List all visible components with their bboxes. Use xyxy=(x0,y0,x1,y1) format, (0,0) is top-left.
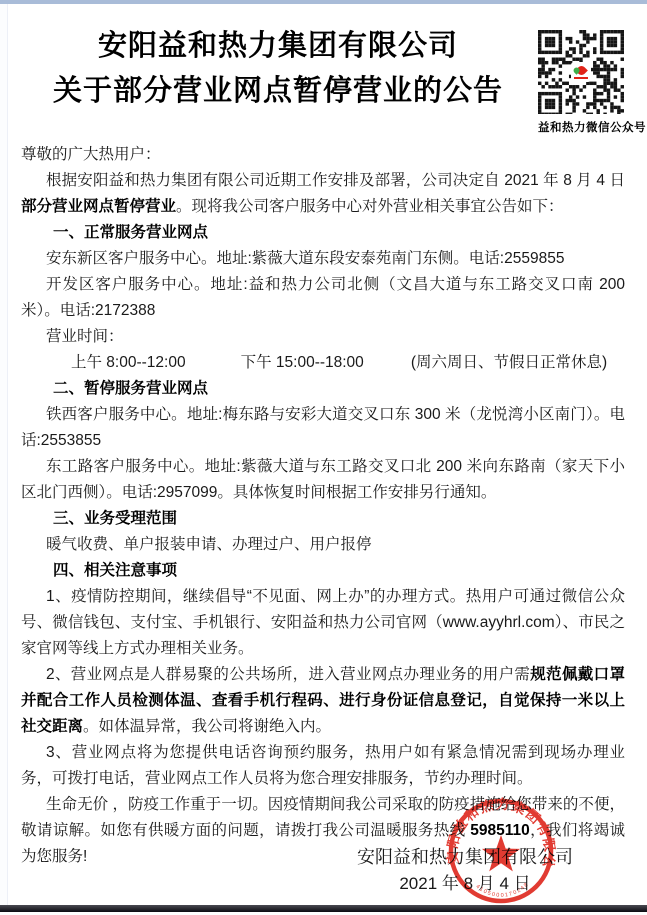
hotline-number: 5985110 xyxy=(470,822,530,839)
document-title: 安阳益和热力集团有限公司 关于部分营业网点暂停营业的公告 xyxy=(0,24,556,114)
section2-center-tiexi: 铁西客户服务中心。地址:梅东路与安彩大道交叉口东 300 米（龙悦湾小区南门）。… xyxy=(21,402,625,454)
note1-paragraph: 1、疫情防控期间，继续倡导“不见面、网上办”的办理方式。热用户可通过微信公众号、… xyxy=(21,584,625,662)
wechat-qr-block: 益和热力微信公众号 xyxy=(538,30,626,135)
qr-caption: 益和热力微信公众号 xyxy=(538,119,626,135)
signature-block: 安阳益和热力集团有限公司 2021 年 8 月 4 日 xyxy=(325,844,605,897)
section2-heading: 二、暂停服务营业网点 xyxy=(21,376,625,402)
business-hours-label: 营业时间： xyxy=(21,324,625,350)
section1-heading: 一、正常服务营业网点 xyxy=(21,220,625,246)
intro-bold-text: 部分营业网点暂停营业 xyxy=(21,198,176,215)
page-left-edge xyxy=(0,4,8,905)
signature-company: 安阳益和热力集团有限公司 xyxy=(325,844,605,870)
section1-center-kaifaqu: 开发区客户服务中心。地址:益和热力公司北侧（文昌大道与东工路交叉口南 200 米… xyxy=(21,272,625,324)
qr-code xyxy=(538,30,624,114)
signature-date: 2021 年 8 月 4 日 xyxy=(325,871,605,897)
intro-text-post: 。现将我公司客户服务中心对外营业相关事宜公告如下： xyxy=(176,198,564,215)
qr-center-logo-icon xyxy=(571,62,591,82)
title-line-1: 安阳益和热力集团有限公司 xyxy=(0,24,556,69)
hours-am: 上午 8:00--12:00 xyxy=(46,350,186,376)
hours-pm: 下午 15:00--18:00 xyxy=(216,350,364,376)
flame-icon xyxy=(575,64,588,77)
intro-paragraph: 根据安阳益和热力集团有限公司近期工作安排及部署，公司决定自 2021 年 8 月… xyxy=(21,168,625,220)
note2-paragraph: 2、营业网点是人群易聚的公共场所，进入营业网点办理业务的用户需规范佩戴口罩并配合… xyxy=(21,662,625,740)
section3-services: 暖气收费、单户报装申请、办理过户、用户报停 xyxy=(21,532,625,558)
section1-center-andong: 安东新区客户服务中心。地址:紫薇大道东段安泰苑南门东侧。电话:2559855 xyxy=(21,246,625,272)
document-body: 尊敬的广大热用户： 根据安阳益和热力集团有限公司近期工作安排及部署，公司决定自 … xyxy=(21,142,625,870)
page-top-border xyxy=(0,0,647,4)
note3-paragraph: 3、营业网点将为您提供电话咨询预约服务，热用户如有紧急情况需到现场办理业务，可拨… xyxy=(21,740,625,792)
hours-note: (周六周日、节假日正常休息) xyxy=(386,350,607,376)
section2-center-donggonglu: 东工路客户服务中心。地址:紫薇大道与东工路交叉口北 200 米向东路南（家天下小… xyxy=(21,454,625,506)
title-line-2: 关于部分营业网点暂停营业的公告 xyxy=(0,69,556,114)
note2-text-post: 。如体温异常，我公司将谢绝入内。 xyxy=(83,718,331,735)
page-bottom-border xyxy=(0,905,647,912)
section4-heading: 四、相关注意事项 xyxy=(21,558,625,584)
section3-heading: 三、业务受理范围 xyxy=(21,506,625,532)
salutation: 尊敬的广大热用户： xyxy=(21,142,625,168)
note2-text: 2、营业网点是人群易聚的公共场所，进入营业网点办理业务的用户需 xyxy=(46,666,530,683)
intro-text: 根据安阳益和热力集团有限公司近期工作安排及部署，公司决定自 2021 年 8 月… xyxy=(46,172,625,189)
qr-logo-caption xyxy=(574,77,588,79)
business-hours-line: 上午 8:00--12:00下午 15:00--18:00(周六周日、节假日正常… xyxy=(21,350,625,376)
